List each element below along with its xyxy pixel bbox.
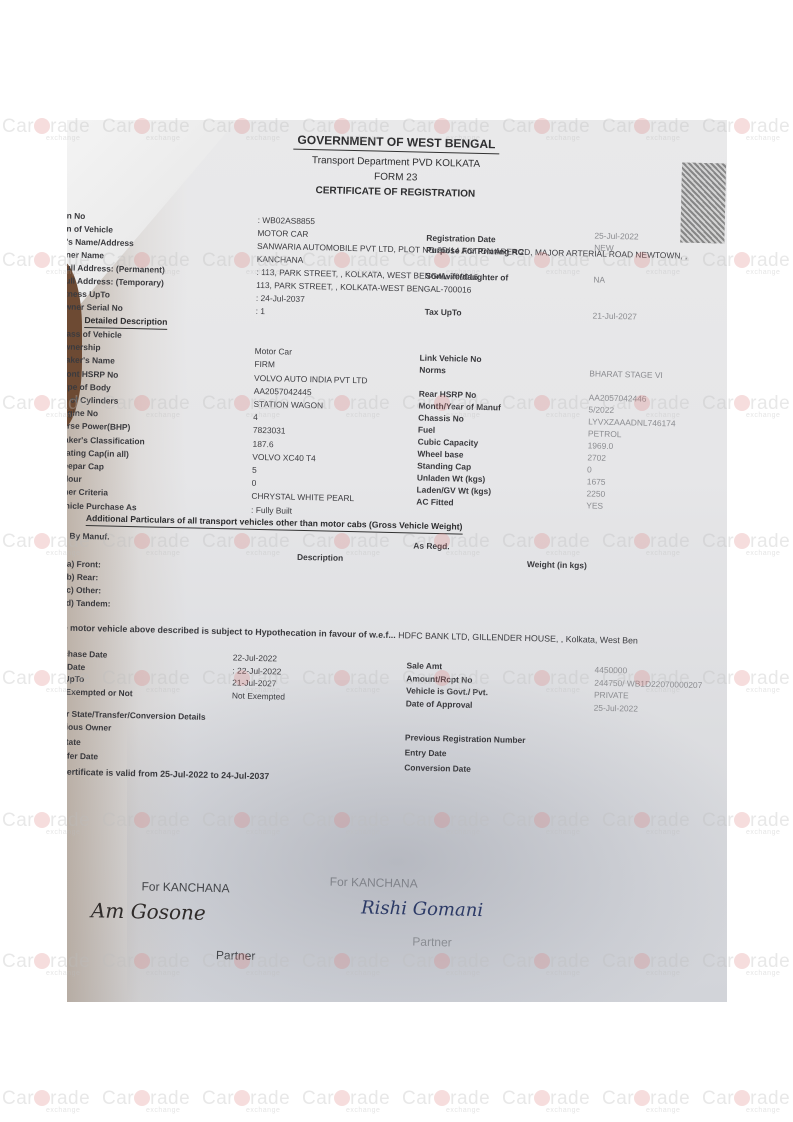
field-label: leepar Cap	[67, 460, 104, 471]
description-col: Description	[297, 552, 343, 563]
weight-col: Weight (in kgs)	[527, 559, 587, 570]
field-label: Rear HSRP No	[419, 389, 477, 400]
field-label: Sale Amt	[407, 660, 443, 671]
field-value: 21-Jul-2027	[232, 677, 276, 688]
field-label: b) Rear:	[67, 572, 98, 583]
field-label: Tax UpTo	[425, 307, 462, 318]
field-label: Link Vehicle No	[420, 353, 482, 364]
field-value: PETROL	[588, 428, 622, 439]
registration-right: Registration Date25-Jul-2022Purpose For …	[67, 120, 727, 127]
axles: a) Front:b) Rear:c) Other:d) Tandem:	[67, 120, 727, 127]
field-value: VOLVO XC40 T4	[252, 452, 316, 463]
field-label: ype of Body	[67, 381, 111, 392]
field-label: d State	[67, 736, 81, 747]
field-value: 5	[252, 465, 257, 475]
field-value: AA2057042446	[589, 392, 647, 403]
field-label: Conversion Date	[404, 762, 471, 774]
field-label: Date of Approval	[406, 698, 473, 710]
field-value: VOLVO AUTO INDIA PVT LTD	[254, 372, 368, 385]
field-label: d) Tandem:	[67, 598, 111, 609]
field-label: tness UpTo	[67, 289, 110, 300]
signature-role-1: Partner	[216, 948, 256, 963]
field-label: n of Vehicle	[67, 224, 113, 235]
watermark-logo: Carradeexchange	[402, 1088, 490, 1114]
field-label: urchase Date	[67, 648, 108, 659]
field-value: PRIVATE	[594, 690, 629, 701]
field-label: orse Power(BHP)	[67, 421, 130, 433]
field-value: 25-Jul-2022	[594, 702, 638, 713]
field-value: 2702	[587, 452, 606, 462]
field-value: STATION WAGON	[253, 399, 323, 411]
field-label: Son/wife/daughter of	[425, 271, 508, 283]
field-value: NA	[593, 274, 605, 284]
field-value: : 24-Jul-2037	[256, 293, 305, 304]
field-value: 21-Jul-2027	[593, 310, 637, 321]
field-label: lass of Vehicle	[67, 329, 122, 340]
field-value: NEW	[594, 243, 614, 253]
field-value: Not Exempted	[232, 690, 285, 701]
field-value: MOTOR CAR	[257, 228, 308, 239]
hypothecation-line: he motor vehicle above described is subj…	[67, 622, 638, 645]
field-label: Standing Cap	[417, 461, 471, 472]
field-value: 244750/ WB1D22070000207	[594, 677, 702, 689]
details-left: lass of VehiclewnershipMotor Carlaker's …	[67, 120, 727, 127]
rc-photo: GOVERNMENT OF WEST BENGAL Transport Depa…	[67, 120, 727, 1002]
transfer-left: revious Ownerd Stateansfer Date	[67, 120, 727, 127]
field-label: Purpose For Printing RC	[426, 245, 524, 257]
signature-for-2: For KANCHANA	[330, 875, 418, 891]
field-value: 187.6	[253, 438, 274, 448]
field-label: ansfer Date	[67, 750, 98, 761]
field-label: Cubic Capacity	[418, 437, 479, 448]
field-value: : 1	[256, 306, 266, 316]
field-label: Vehicle is Govt./ Pvt.	[406, 685, 488, 697]
field-label: revious Owner	[67, 721, 111, 732]
field-label: Month/Year of Manuf	[418, 401, 501, 413]
field-value: CHRYSTAL WHITE PEARL	[251, 491, 354, 503]
registration-left: n No: WB02AS8855n of VehicleMOTOR CAR's …	[67, 120, 727, 127]
watermark-logo: Carradeexchange	[102, 1088, 190, 1114]
field-label: Entry Date	[405, 747, 447, 758]
field-value: 113, PARK STREET, , KOLKATA-WEST BENGAL-…	[256, 280, 471, 295]
field-label: olour	[67, 474, 82, 484]
field-label: Unladen Wt (kgs)	[417, 473, 486, 485]
watermark-logo: Carradeexchange	[502, 1088, 590, 1114]
field-label: Amount/Rcpt No	[406, 673, 472, 684]
field-label: axUpTo	[67, 673, 84, 684]
detailed-description-heading: Detailed Description	[84, 315, 167, 327]
field-value: 0	[252, 478, 257, 488]
by-manuf: By Manuf.	[69, 531, 109, 542]
field-value: 5/2022	[588, 404, 614, 415]
field-value: : WB02AS8855	[258, 215, 315, 226]
field-label: Previous Registration Number	[405, 732, 526, 745]
field-value: LYVXZAAADNL746174	[588, 416, 676, 428]
field-value: : 22-Jul-2022	[232, 665, 281, 676]
field-label: ax Exempted or Not	[67, 686, 133, 698]
field-label: wner Serial No	[67, 302, 123, 313]
field-label: Norms	[419, 365, 446, 376]
field-label: AC Fitted	[416, 497, 453, 508]
watermark-logo: Carradeexchange	[602, 1088, 690, 1114]
watermark-logo: Carradeexchange	[302, 1088, 390, 1114]
signature-2: Rishi Gomani	[361, 897, 483, 921]
field-label: laker's Name	[67, 355, 115, 366]
watermark-logo: Carradeexchange	[202, 1088, 290, 1114]
field-value: 25-Jul-2022	[594, 231, 638, 242]
validity-statement: is certificate is valid from 25-Jul-2022…	[67, 766, 269, 781]
field-label: ehicle Purchase As	[67, 500, 137, 512]
as-regd: As Regd.	[413, 540, 450, 551]
watermark-logo: Carradeexchange	[702, 1088, 790, 1114]
field-label: Registration Date	[426, 233, 496, 245]
signature-for-1: For KANCHANA	[141, 879, 229, 895]
transfer-heading: ther State/Transfer/Conversion Details	[67, 708, 206, 721]
signature-1: Am Gosone	[91, 898, 206, 925]
field-value: Motor Car	[255, 346, 292, 357]
field-value: 4450000	[594, 665, 627, 676]
field-value: KANCHANA	[257, 254, 304, 265]
field-value: 7823031	[253, 425, 286, 436]
field-label: n No	[67, 211, 85, 221]
field-label: ull Address: (Permanent)	[67, 263, 165, 275]
field-label: Chassis No	[418, 413, 464, 424]
qr-code-icon	[680, 162, 726, 243]
field-label: wnership	[67, 342, 101, 353]
field-value: AA2057042445	[254, 386, 312, 397]
field-label: ront HSRP No	[67, 368, 118, 379]
watermark-logo: Carradeexchange	[2, 1088, 90, 1114]
field-label: c) Other:	[67, 585, 101, 596]
field-value: 22-Jul-2022	[233, 652, 277, 663]
field-label: ner Name	[67, 250, 104, 261]
purchase-right: Sale Amt4450000Amount/Rcpt No244750/ WB1…	[67, 120, 727, 127]
field-label: o of Cylinders	[67, 394, 119, 405]
field-value: 4	[253, 412, 258, 422]
details-right: Link Vehicle NoNormsBHARAT STAGE VIRear …	[67, 120, 727, 127]
field-value: YES	[586, 500, 603, 510]
field-label: ther Criteria	[67, 487, 108, 498]
field-label: 's Name/Address	[67, 237, 134, 249]
field-label: a) Front:	[67, 559, 101, 570]
field-label: Laden/GV Wt (kgs)	[417, 485, 492, 497]
field-value: BHARAT STAGE VI	[589, 368, 663, 380]
field-label: Wheel base	[417, 449, 463, 460]
signature-role-2: Partner	[412, 935, 452, 950]
field-label: ngine No	[67, 408, 98, 419]
field-value: : Fully Built	[251, 504, 292, 515]
field-value: 2250	[586, 488, 605, 498]
field-value: 1969.0	[588, 440, 614, 451]
field-value: 1675	[587, 476, 606, 486]
transfer-right: Previous Registration NumberEntry DateCo…	[67, 120, 727, 127]
field-label: ull Address: (Temporary)	[67, 276, 164, 288]
field-label: TT Date	[67, 661, 85, 672]
purchase-left: urchase Date22-Jul-2022TT Date: 22-Jul-2…	[67, 120, 727, 127]
field-label: eating Cap(in all)	[67, 447, 129, 459]
field-label: Fuel	[418, 425, 435, 435]
field-label: laker's Classification	[67, 434, 145, 446]
field-value: 0	[587, 464, 592, 474]
registration-certificate: GOVERNMENT OF WEST BENGAL Transport Depa…	[67, 120, 727, 1002]
field-value: FIRM	[254, 359, 275, 369]
additional-heading: Additional Particulars of all transport …	[86, 513, 463, 532]
